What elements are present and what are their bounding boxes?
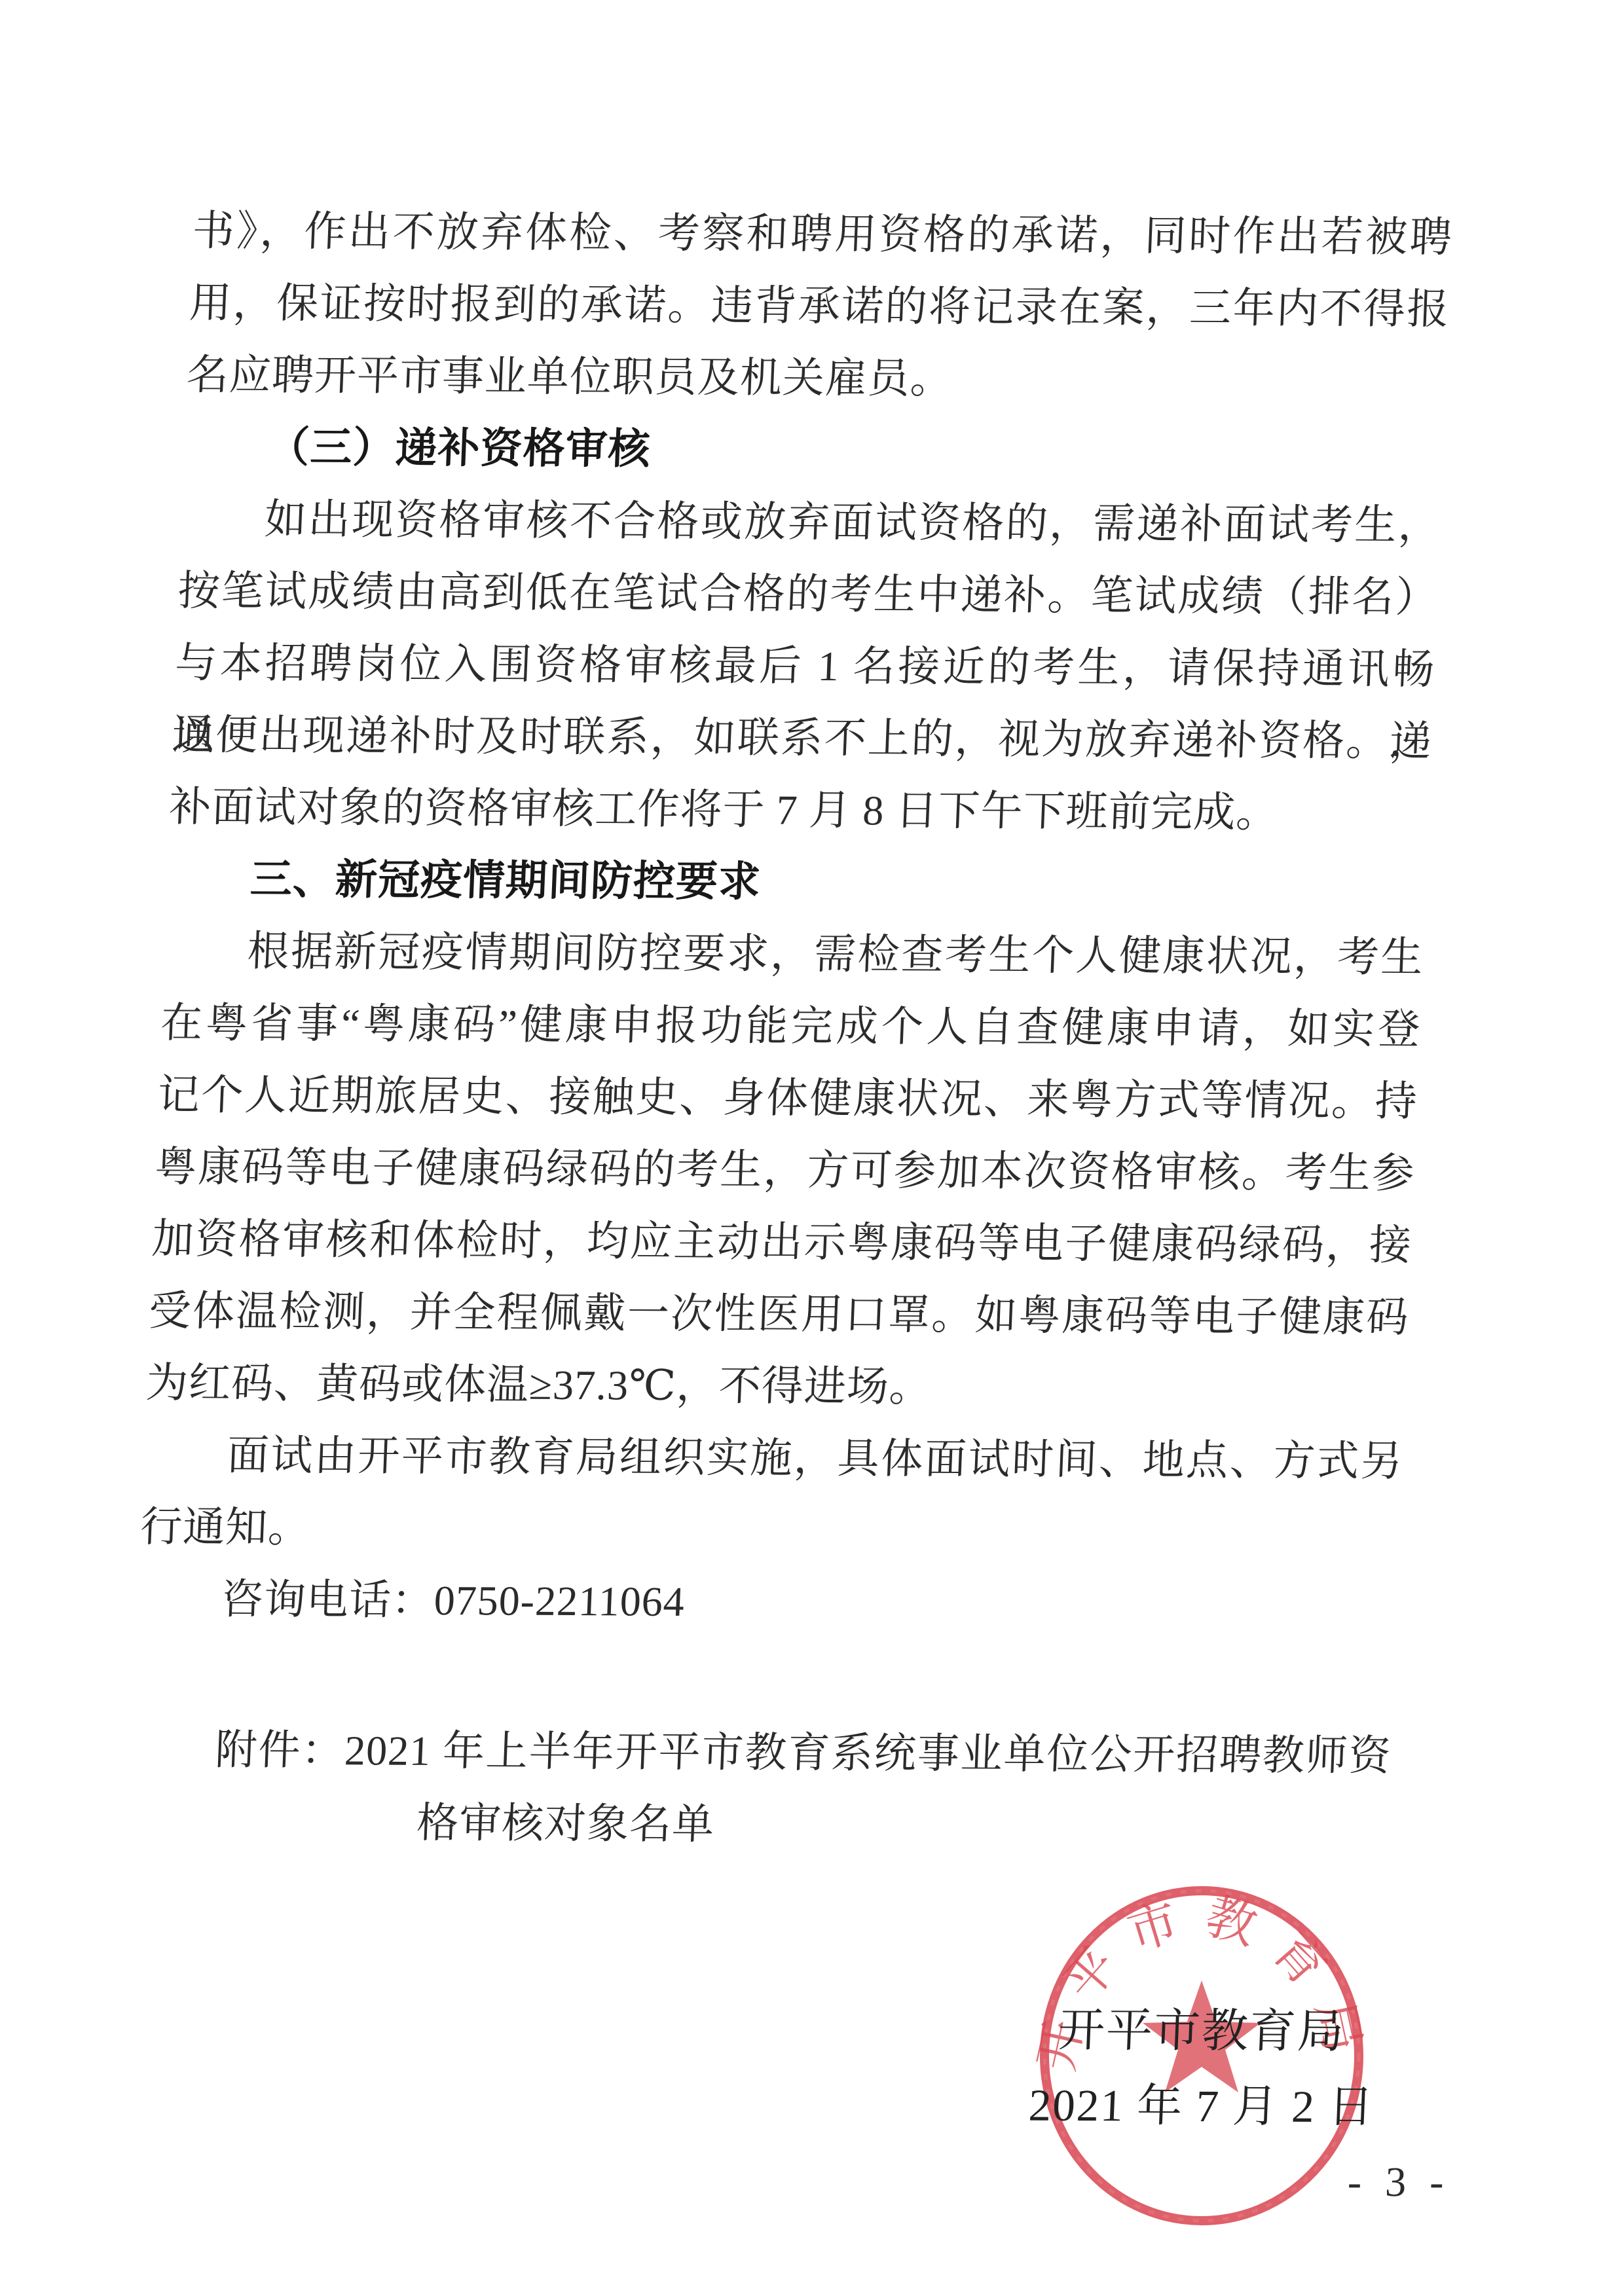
body-line: 补面试对象的资格审核工作将于 7 月 8 日下午下班前完成。	[168, 771, 1430, 850]
issuing-authority: 开平市教育局	[1027, 2001, 1376, 2062]
section-heading: 三、新冠疫情期间防控要求	[165, 843, 1428, 922]
attachment-line: 附件：2021 年上半年开平市教育系统事业单位公开招聘教师资	[130, 1714, 1392, 1793]
body-line: 面试由开平市教育局组织实施，具体面试时间、地点、方式另	[141, 1419, 1404, 1498]
body-line: 如出现资格审核不合格或放弃面试资格的，需递补面试考生，	[179, 483, 1442, 562]
body-line: 名应聘开平市事业单位职员及机关雇员。	[185, 339, 1448, 418]
body-line: 受体温检测，并全程佩戴一次性医用口罩。如粤康码等电子健康码	[147, 1275, 1410, 1354]
section-heading: （三）递补资格审核	[182, 411, 1445, 490]
body-line: 为红码、黄码或体温≥37.3℃，不得进场。	[145, 1347, 1407, 1426]
body-line: 粤康码等电子健康码绿码的考生，方可参加本次资格审核。考生参	[153, 1131, 1416, 1210]
body-line: 以便出现递补时及时联系，如联系不上的，视为放弃递补资格。递	[171, 699, 1433, 778]
document-body: 书》，作出不放弃体检、考察和聘用资格的承诺，同时作出若被聘 用，保证按时报到的承…	[127, 195, 1454, 1865]
contact-phone-line: 咨询电话：0750-2211064	[136, 1563, 1399, 1642]
body-line: 与本招聘岗位入围资格审核最后 1 名接近的考生，请保持通讯畅通，	[174, 627, 1436, 706]
issue-date: 2021 年 7 月 2 日	[1027, 2076, 1376, 2137]
body-line: 行通知。	[139, 1491, 1401, 1570]
body-line: 记个人近期旅居史、接触史、身体健康状况、来粤方式等情况。持	[157, 1059, 1419, 1138]
page-number: - 3 -	[1347, 2158, 1451, 2206]
body-line: 在粤省事“粤康码”健康申报功能完成个人自查健康申请，如实登	[159, 987, 1422, 1066]
body-line: 根据新冠疫情期间防控要求，需检查考生个人健康状况，考生	[162, 915, 1424, 994]
body-line: 按笔试成绩由高到低在笔试合格的考生中递补。笔试成绩（排名）	[176, 555, 1439, 634]
attachment-line: 格审核对象名单	[127, 1786, 1390, 1865]
body-line: 用，保证按时报到的承诺。违背承诺的将记录在案，三年内不得报	[188, 267, 1450, 346]
document-page: 书》，作出不放弃体检、考察和聘用资格的承诺，同时作出若被聘 用，保证按时报到的承…	[0, 0, 1624, 2296]
body-line: 书》，作出不放弃体检、考察和聘用资格的承诺，同时作出若被聘	[191, 195, 1454, 274]
body-line: 加资格审核和体检时，均应主动出示粤康码等电子健康码绿码，接	[151, 1203, 1413, 1282]
